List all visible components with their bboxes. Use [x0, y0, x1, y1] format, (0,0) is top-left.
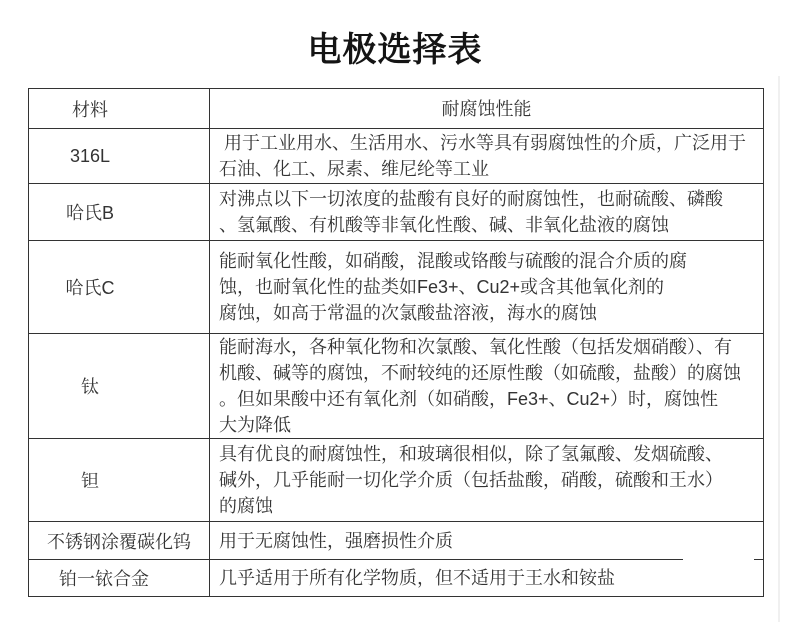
material-cell: 哈氏B	[29, 184, 210, 240]
performance-header-cell: 耐腐蚀性能	[210, 89, 763, 128]
table-row: 铂一铱合金 几乎适用于所有化学物质，但不适用于王水和铵盐	[29, 560, 763, 596]
material-cell: 钽	[29, 439, 210, 521]
performance-cell: 用于工业用水、生活用水、污水等具有弱腐蚀性的介质，广泛用于 石油、化工、尿素、维…	[210, 129, 763, 183]
performance-cell: 能耐海水，各种氧化物和次氯酸、氧化性酸（包括发烟硝酸）、有 机酸、碱等的腐蚀，不…	[210, 334, 763, 438]
table-header-row: 材料 耐腐蚀性能	[29, 89, 763, 129]
material-header-cell: 材料	[29, 89, 210, 128]
material-cell: 316L	[29, 129, 210, 183]
performance-cell: 能耐氧化性酸，如硝酸，混酸或铬酸与硫酸的混合介质的腐 蚀，也耐氧化性的盐类如Fe…	[210, 241, 763, 333]
material-cell: 铂一铱合金	[29, 560, 210, 596]
table-row: 钛 能耐海水，各种氧化物和次氯酸、氧化性酸（包括发烟硝酸）、有 机酸、碱等的腐蚀…	[29, 334, 763, 439]
page-edge-divider	[778, 76, 780, 622]
performance-text: 用于工业用水、生活用水、污水等具有弱腐蚀性的介质，广泛用于 石油、化工、尿素、维…	[219, 130, 746, 182]
performance-cell: 对沸点以下一切浓度的盐酸有良好的耐腐蚀性，也耐硫酸、磷酸 、氢氟酸、有机酸等非氧…	[210, 184, 763, 240]
performance-text: 对沸点以下一切浓度的盐酸有良好的耐腐蚀性，也耐硫酸、磷酸 、氢氟酸、有机酸等非氧…	[219, 186, 723, 238]
material-cell: 钛	[29, 334, 210, 438]
material-cell: 哈氏C	[29, 241, 210, 333]
page-title: 电极选择表	[0, 22, 790, 71]
performance-text: 能耐海水，各种氧化物和次氯酸、氧化性酸（包括发烟硝酸）、有 机酸、碱等的腐蚀，不…	[219, 334, 741, 438]
performance-text: 具有优良的耐腐蚀性，和玻璃很相似，除了氢氟酸、发烟硫酸、 碱外，几乎能耐一切化学…	[219, 441, 723, 519]
performance-cell: 具有优良的耐腐蚀性，和玻璃很相似，除了氢氟酸、发烟硫酸、 碱外，几乎能耐一切化学…	[210, 439, 763, 521]
material-cell: 不锈钢涂覆碳化钨	[29, 522, 210, 559]
table-row: 316L 用于工业用水、生活用水、污水等具有弱腐蚀性的介质，广泛用于 石油、化工…	[29, 129, 763, 184]
table-row: 哈氏C 能耐氧化性酸，如硝酸，混酸或铬酸与硫酸的混合介质的腐 蚀，也耐氧化性的盐…	[29, 241, 763, 334]
performance-text: 用于无腐蚀性，强磨损性介质	[219, 528, 453, 554]
performance-cell: 用于无腐蚀性，强磨损性介质	[210, 522, 763, 559]
page: 电极选择表 材料 耐腐蚀性能 316L 用于工业用水、生活用水、污水等具有弱腐蚀…	[0, 0, 790, 642]
table-row: 不锈钢涂覆碳化钨 用于无腐蚀性，强磨损性介质	[29, 522, 763, 560]
performance-text: 能耐氧化性酸，如硝酸，混酸或铬酸与硫酸的混合介质的腐 蚀，也耐氧化性的盐类如Fe…	[219, 248, 687, 326]
performance-text: 几乎适用于所有化学物质，但不适用于王水和铵盐	[219, 565, 615, 591]
border-gap	[683, 557, 754, 562]
table-row: 钽 具有优良的耐腐蚀性，和玻璃很相似，除了氢氟酸、发烟硫酸、 碱外，几乎能耐一切…	[29, 439, 763, 522]
performance-cell: 几乎适用于所有化学物质，但不适用于王水和铵盐	[210, 560, 763, 596]
electrode-selection-table: 材料 耐腐蚀性能 316L 用于工业用水、生活用水、污水等具有弱腐蚀性的介质，广…	[28, 88, 764, 597]
table-row: 哈氏B 对沸点以下一切浓度的盐酸有良好的耐腐蚀性，也耐硫酸、磷酸 、氢氟酸、有机…	[29, 184, 763, 241]
